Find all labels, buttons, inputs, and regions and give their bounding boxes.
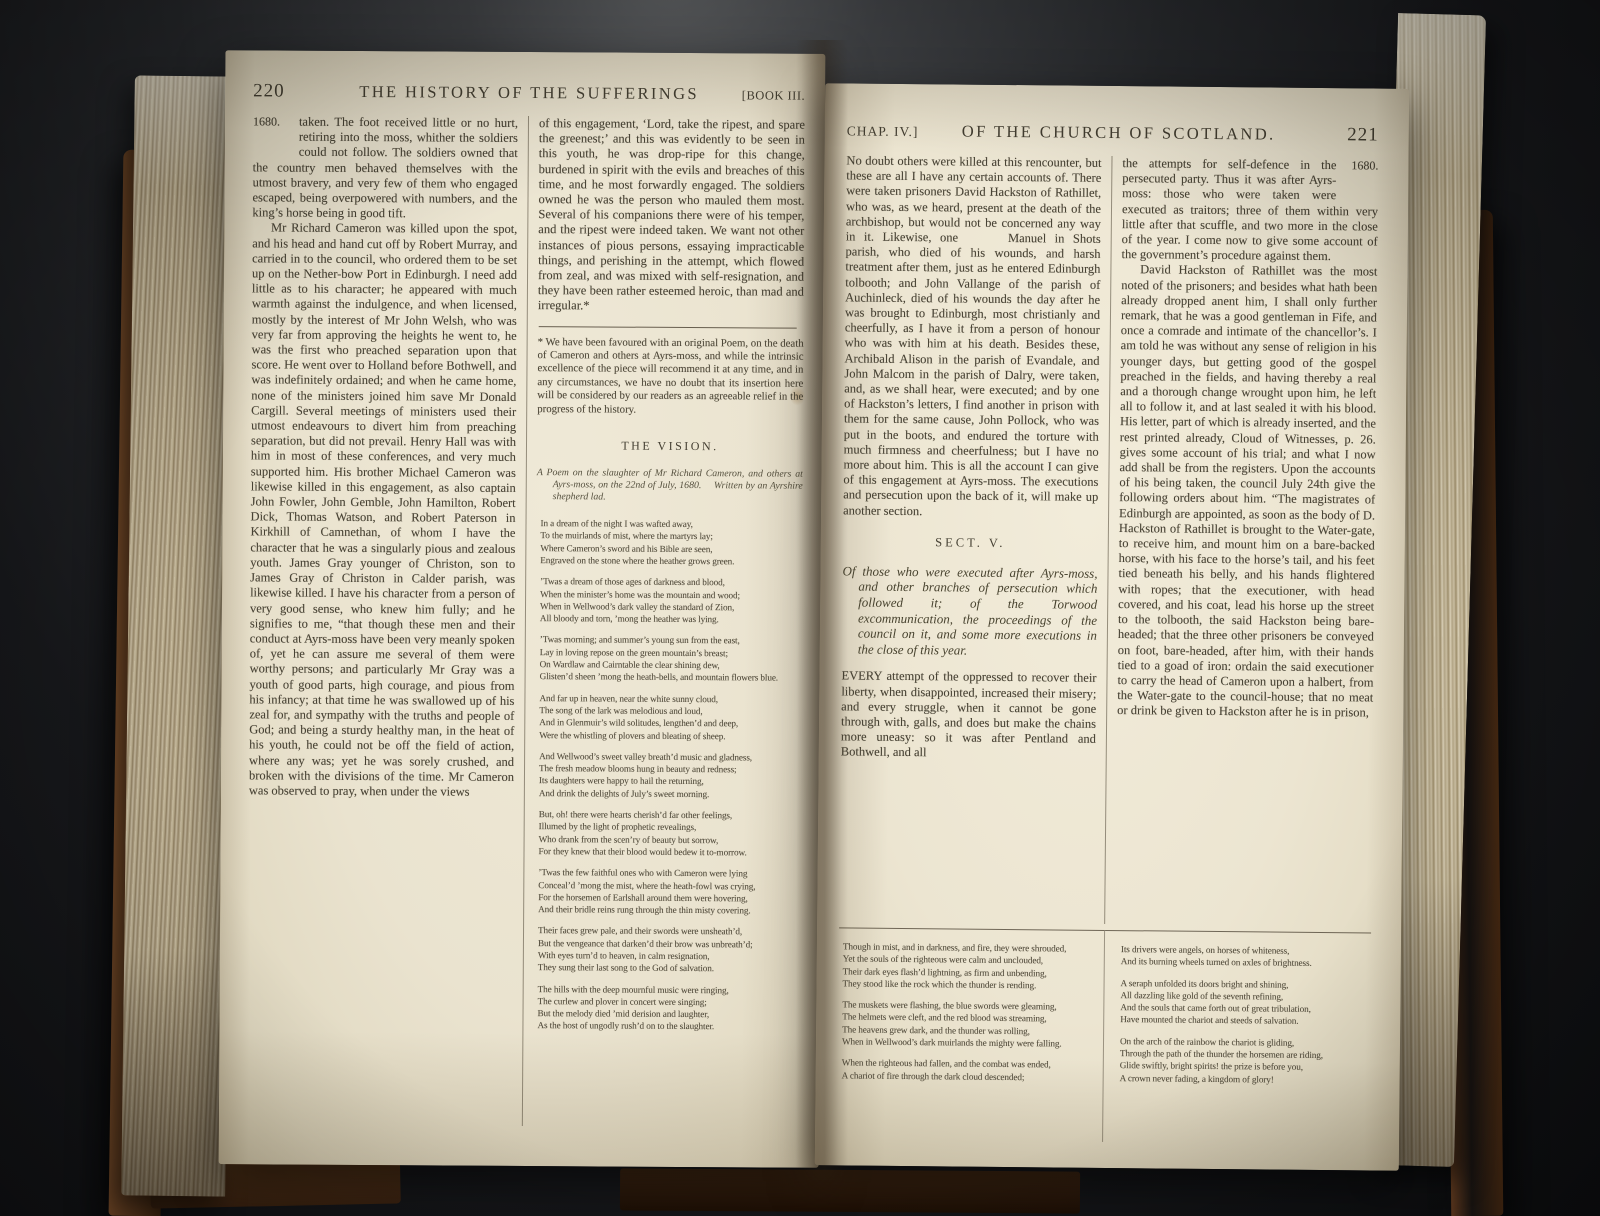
leather-cover-left [109, 150, 176, 1216]
section-description: Of those who were executed after Ayrs-mo… [842, 563, 1098, 659]
poem-stanza: Though in mist, and in darkness, and fir… [839, 940, 1094, 992]
poem-stanza: And Wellwood’s sweet valley breath’d mus… [535, 750, 801, 801]
paragraph-text: taken. The foot received little or no hu… [252, 115, 518, 221]
poem-stanza: ’Twas morning; and summer’s young sun fr… [536, 634, 802, 685]
page-stain [789, 386, 805, 406]
book-gutter-shadow [796, 40, 848, 1180]
poem-stanza: The hills with the deep mournful music w… [533, 983, 799, 1034]
poem-stanza: But, oh! there were hearts cherish’d far… [534, 808, 800, 859]
poem-stanza: When the righteous had fallen, and the c… [838, 1057, 1093, 1084]
body-paragraph: Mr Richard Cameron was killed upon the s… [249, 221, 518, 800]
right-page-content: CHAP. IV.] OF THE CHURCH OF SCOTLAND. 22… [815, 83, 1409, 1171]
margin-year-note: 1680. [1336, 158, 1378, 189]
footnote-text: * We have been favoured with an original… [537, 336, 803, 418]
left-page-column-2: of this engagement, ‘Lord, take the ripe… [523, 116, 805, 1128]
footnote-rule [539, 326, 797, 329]
poem-stanza: In a dream of the night I was wafted awa… [536, 517, 802, 568]
body-paragraph: No doubt others were killed at this renc… [843, 153, 1101, 520]
footnote-poem-column-1: Though in mist, and in darkness, and fir… [837, 927, 1105, 1142]
left-book-label: [BOOK III. [721, 88, 805, 104]
body-paragraph: 1680.taken. The foot received little or … [252, 114, 518, 222]
poem-stanza: A seraph unfolded its doors bright and s… [1116, 977, 1370, 1029]
section-heading: SECT. V. [843, 534, 1098, 551]
right-page-number: 221 [1295, 124, 1379, 147]
open-book: 220 THE HISTORY OF THE SUFFERINGS [BOOK … [0, 0, 1600, 1216]
leather-cover-bottom [620, 1168, 1080, 1213]
right-running-title: OF THE CHURCH OF SCOTLAND. [943, 121, 1295, 144]
poem-stanza: The muskets were flashing, the blue swor… [838, 999, 1093, 1051]
right-page: CHAP. IV.] OF THE CHURCH OF SCOTLAND. 22… [815, 83, 1409, 1171]
left-page-column-1: * 1680.taken. The foot received little o… [247, 114, 529, 1126]
left-running-title: THE HISTORY OF THE SUFFERINGS [337, 82, 721, 104]
poem-subtitle: A Poem on the slaughter of Mr Richard Ca… [537, 467, 803, 505]
desk-surface: 220 THE HISTORY OF THE SUFFERINGS [BOOK … [0, 0, 1600, 1216]
body-paragraph: EVERY attempt of the oppressed to recove… [841, 669, 1097, 763]
left-page-content: 220 THE HISTORY OF THE SUFFERINGS [BOOK … [219, 50, 826, 1168]
right-page-column-2: 1680.the attempts for self-defence in th… [1105, 156, 1378, 927]
right-page-header: CHAP. IV.] OF THE CHURCH OF SCOTLAND. 22… [847, 119, 1379, 146]
left-page: 220 THE HISTORY OF THE SUFFERINGS [BOOK … [219, 50, 826, 1168]
body-paragraph: 1680.the attempts for self-defence in th… [1121, 156, 1378, 265]
paragraph-text: the attempts for self-defence in the per… [1122, 156, 1379, 263]
footnote-poem-area: Though in mist, and in darkness, and fir… [837, 927, 1371, 1144]
poem-stanza: On the arch of the rainbow the chariot i… [1116, 1035, 1370, 1087]
poem-stanza: ’Twas a dream of those ages of darkness … [536, 575, 802, 626]
poem-stanza: And far up in heaven, near the white sun… [535, 692, 801, 743]
poem-stanza: ’Twas the few faithful ones who with Cam… [534, 866, 800, 917]
left-page-number: 220 [253, 80, 337, 103]
margin-year-note: 1680. [253, 114, 299, 145]
right-page-column-1: No doubt others were killed at this renc… [839, 153, 1112, 924]
margin-ink-mark: * [247, 612, 250, 627]
page-edges-left [121, 75, 239, 1196]
leather-cover-bottom-left [149, 1125, 401, 1208]
left-page-header: 220 THE HISTORY OF THE SUFFERINGS [BOOK … [253, 80, 805, 105]
body-paragraph: David Hackston of Rathillet was the most… [1117, 262, 1377, 721]
leather-cover-right [1441, 210, 1504, 1216]
body-paragraph: of this engagement, ‘Lord, take the ripe… [538, 116, 805, 315]
right-page-columns: No doubt others were killed at this renc… [839, 153, 1378, 926]
poem-title: THE VISION. [537, 438, 803, 455]
page-edges-right [1366, 13, 1486, 1167]
left-page-columns: * 1680.taken. The foot received little o… [247, 114, 805, 1127]
chapter-label: CHAP. IV.] [847, 123, 943, 140]
poem-stanza: Their faces grew pale, and their swords … [534, 924, 800, 975]
poem-stanza: Its drivers were angels, on horses of wh… [1117, 943, 1371, 970]
footnote-poem-column-2: Its drivers were angels, on horses of wh… [1103, 930, 1371, 1145]
